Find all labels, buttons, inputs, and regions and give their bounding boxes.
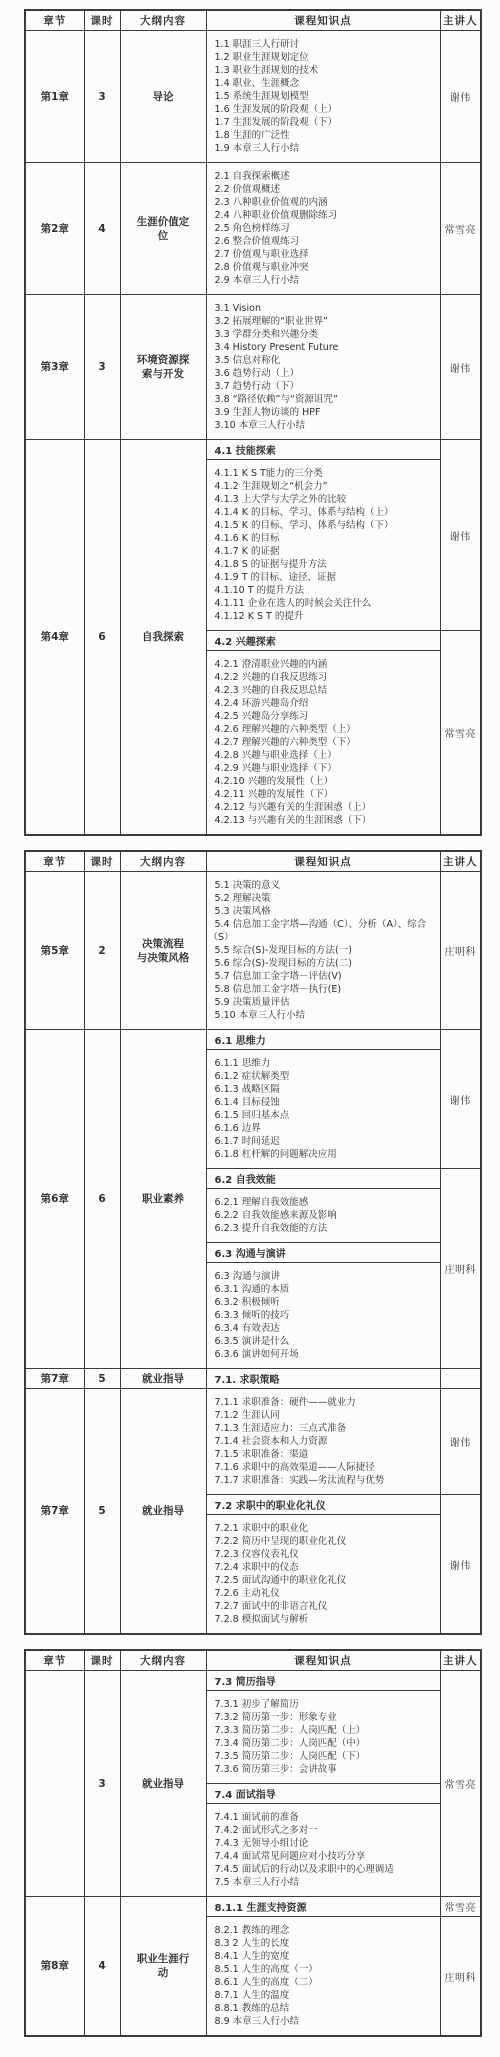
hours-cell: 4	[84, 163, 120, 295]
hours-cell: 6	[84, 1030, 120, 1369]
knowledge-point-item: 4.1.6 K 的目标	[209, 532, 437, 545]
knowledge-point-item: 7.2.4 求职中的仪态	[209, 1561, 437, 1574]
knowledge-point-item: 5.7 信息加工金字塔－评估(V)	[209, 970, 437, 983]
section-header-cell: 7.3 简历指导	[206, 1671, 440, 1691]
lecturer-cell	[440, 1369, 481, 1389]
knowledge-point-item: 7.2.2 简历中呈现的职业化礼仪	[209, 1535, 437, 1548]
chapter-cell: 第1章	[25, 31, 84, 163]
knowledge-point-item: 7.4.2 面试形式之多对一	[209, 1824, 437, 1837]
outline-cell: 就业指导	[120, 1389, 206, 1635]
knowledge-point-item: 2.3 八种职业价值观的内涵	[209, 196, 437, 209]
knowledge-point-item: 2.4 八种职业价值观删除练习	[209, 209, 437, 222]
knowledge-point-item: 5.5 综合(S)-发现目标的方法(一)	[209, 944, 437, 957]
outline-cell: 导论	[120, 31, 206, 163]
knowledge-point-item: 7.1.6 求职中的高效渠道——人际捷径	[209, 1461, 437, 1474]
outline-cell: 决策流程 与决策风格	[120, 872, 206, 1030]
column-header-row: 章节课时大纲内容课程知识点主讲人	[25, 10, 481, 31]
course-table-2: 章节课时大纲内容课程知识点主讲人第5章2决策流程 与决策风格5.1 决策的意义5…	[24, 850, 482, 1635]
lecturer-cell: 常雪亮	[440, 631, 481, 836]
knowledge-point-item: 7.2.3 仪容仪表礼仪	[209, 1548, 437, 1561]
chapter-cell: 第3章	[25, 295, 84, 440]
knowledge-points-cell: 7.2.1 求职中的职业化7.2.2 简历中呈现的职业化礼仪7.2.3 仪容仪表…	[206, 1515, 440, 1635]
knowledge-points-cell: 3.1 Vision3.2 拓展理解的“职业世界”3.3 学群分类和兴趣分类3.…	[206, 295, 440, 440]
chapter-cell: 第5章	[25, 872, 84, 1030]
knowledge-point-item: 4.1.1 K S T能力的三分类	[209, 467, 437, 480]
lecturer-cell: 庄明科	[440, 872, 481, 1030]
knowledge-point-item: 6.1.2 症状解类型	[209, 1070, 437, 1083]
lecturer-cell: 常雪亮	[440, 1897, 481, 1917]
knowledge-point-item: 1.2 职业生涯规划定位	[209, 51, 437, 64]
knowledge-point-item: 6.3 沟通与演讲	[209, 1270, 437, 1283]
lecturer-cell: 谢伟	[440, 1389, 481, 1495]
hours-cell: 3	[84, 1671, 120, 1897]
column-header: 课时	[84, 1650, 120, 1671]
chapter-cell	[25, 1671, 84, 1897]
column-header: 章节	[25, 851, 84, 872]
column-header-row: 章节课时大纲内容课程知识点主讲人	[25, 1650, 481, 1671]
knowledge-point-item: 4.1.11 企业在选人的时候会关注什么	[209, 597, 437, 610]
knowledge-point-item: 6.1.5 回归基本点	[209, 1109, 437, 1122]
knowledge-point-item: 1.9 本章三人行小结	[209, 142, 437, 155]
knowledge-point-item: 5.6 综合(S)-发现目标的方法(二)	[209, 957, 437, 970]
section-header-cell: 6.1 思维力	[206, 1030, 440, 1050]
knowledge-point-item: 5.8 信息加工金字塔－执行(E)	[209, 983, 437, 996]
knowledge-point-item: 7.3.6 简历第三步：会讲故事	[209, 1763, 437, 1776]
outline-cell: 职业素养	[120, 1030, 206, 1369]
knowledge-point-item: 6.3.3 倾听的技巧	[209, 1309, 437, 1322]
hours-cell: 3	[84, 295, 120, 440]
column-header: 大纲内容	[120, 10, 206, 31]
knowledge-point-item: 4.2.12 与兴趣有关的生涯困惑（上）	[209, 801, 437, 814]
hours-cell: 6	[84, 440, 120, 836]
knowledge-point-item: 4.1.8 S 的证据与提升方法	[209, 558, 437, 571]
knowledge-point-item: 6.3.1 沟通的本质	[209, 1283, 437, 1296]
lecturer-cell: 庄明科	[440, 1169, 481, 1369]
knowledge-point-item: 3.4 History Present Future	[209, 341, 437, 354]
knowledge-point-item: 8.6.1 人生的高度（二）	[209, 1976, 437, 1989]
knowledge-point-item: 4.2.7 理解兴趣的六种类型（下）	[209, 736, 437, 749]
knowledge-point-item: 5.9 决策质量评估	[209, 996, 437, 1009]
section-header-cell: 4.2 兴趣探索	[206, 631, 440, 651]
knowledge-point-item: 4.2.11 兴趣的发展性（下）	[209, 788, 437, 801]
table-row: 第1章3导论1.1 职涯三人行研讨1.2 职业生涯规划定位1.3 职业生涯规划的…	[25, 31, 481, 163]
table-row: 3就业指导7.3 简历指导常雪亮	[25, 1671, 481, 1691]
knowledge-point-item: 5.4 信息加工金字塔—沟通（C）、分析（A）、综合（S）	[209, 918, 437, 944]
column-header: 章节	[25, 1650, 84, 1671]
knowledge-point-item: 1.1 职涯三人行研讨	[209, 38, 437, 51]
chapter-cell: 第6章	[25, 1030, 84, 1369]
knowledge-points-cell: 2.1 自我探索概述2.2 价值观概述2.3 八种职业价值观的内涵2.4 八种职…	[206, 163, 440, 295]
chapter-cell: 第7章	[25, 1389, 84, 1635]
knowledge-point-item: 8.5.1 人生的高度（一）	[209, 1963, 437, 1976]
chapter-cell: 第7章	[25, 1369, 84, 1389]
knowledge-point-item: 3.6 趋势行动（上）	[209, 367, 437, 380]
knowledge-point-item: 4.1.12 K S T 的提升	[209, 610, 437, 623]
section-header-cell: 7.1. 求职策略	[206, 1369, 440, 1389]
knowledge-point-item: 1.7 生涯发展的阶段观（下）	[209, 116, 437, 129]
knowledge-point-item: 7.3.3 简历第二步：人岗匹配（上）	[209, 1724, 437, 1737]
knowledge-point-item: 2.8 价值观与职业冲突	[209, 261, 437, 274]
lecturer-cell: 谢伟	[440, 31, 481, 163]
knowledge-point-item: 6.2.1 理解自我效能感	[209, 1196, 437, 1209]
section-header-cell: 6.3 沟通与演讲	[206, 1243, 440, 1263]
knowledge-point-item: 8.4.1 人生的宽度	[209, 1950, 437, 1963]
knowledge-point-item: 2.6 整合价值观练习	[209, 235, 437, 248]
knowledge-point-item: 7.1.5 求职准备：渠道	[209, 1448, 437, 1461]
column-header: 大纲内容	[120, 851, 206, 872]
knowledge-point-item: 6.1.1 思维力	[209, 1057, 437, 1070]
knowledge-points-cell: 7.1.1 求职准备：硬件——就业力7.1.2 生涯认同7.1.3 生涯适应力：…	[206, 1389, 440, 1495]
hours-cell: 2	[84, 872, 120, 1030]
knowledge-point-item: 8.9 本章三人行小结	[209, 2015, 437, 2028]
hours-cell: 5	[84, 1369, 120, 1389]
knowledge-points-cell: 5.1 决策的意义5.2 理解决策5.3 决策风格5.4 信息加工金字塔—沟通（…	[206, 872, 440, 1030]
knowledge-point-item: 2.9 本章三人行小结	[209, 274, 437, 287]
knowledge-points-cell: 6.1.1 思维力6.1.2 症状解类型6.1.3 战略区隔6.1.4 目标侵蚀…	[206, 1050, 440, 1169]
knowledge-point-item: 7.4.4 面试常见问题应对小技巧分享	[209, 1850, 437, 1863]
table-row: 第8章4职业生涯行 动8.1.1 生涯支持资源常雪亮	[25, 1897, 481, 1917]
knowledge-point-item: 7.1.4 社会资本和人力资源	[209, 1435, 437, 1448]
table-row: 第5章2决策流程 与决策风格5.1 决策的意义5.2 理解决策5.3 决策风格5…	[25, 872, 481, 1030]
knowledge-point-item: 7.1.7 求职准备：实践—劣汰流程与优势	[209, 1474, 437, 1487]
knowledge-point-item: 6.3.2 积极倾听	[209, 1296, 437, 1309]
knowledge-point-item: 8.2.1 教练的理念	[209, 1924, 437, 1937]
knowledge-point-item: 7.4.5 面试后的行动以及求职中的心理调适	[209, 1863, 437, 1876]
outline-cell: 就业指导	[120, 1369, 206, 1389]
knowledge-point-item: 4.2.8 兴趣与职业选择（上）	[209, 749, 437, 762]
knowledge-point-item: 3.8 “路径依赖”与“资源诅咒”	[209, 393, 437, 406]
knowledge-point-item: 4.1.4 K 的目标、学习、体系与结构（上）	[209, 506, 437, 519]
knowledge-point-item: 6.3.6 演讲如何开场	[209, 1348, 437, 1361]
knowledge-point-item: 8.8.1 教练的总结	[209, 2002, 437, 2015]
knowledge-point-item: 7.3.5 简历第二步：人岗匹配（下）	[209, 1750, 437, 1763]
knowledge-point-item: 4.2.3 兴趣的自我反思总结	[209, 684, 437, 697]
lecturer-cell: 谢伟	[440, 295, 481, 440]
lecturer-cell: 常雪亮	[440, 1671, 481, 1897]
lecturer-cell: 谢伟	[440, 1495, 481, 1635]
column-header: 课程知识点	[206, 1650, 440, 1671]
knowledge-point-item: 7.4.3 无领导小组讨论	[209, 1837, 437, 1850]
outline-cell: 生涯价值定 位	[120, 163, 206, 295]
knowledge-point-item: 7.1.3 生涯适应力：三点式准备	[209, 1422, 437, 1435]
column-header: 课程知识点	[206, 851, 440, 872]
chapter-cell: 第4章	[25, 440, 84, 836]
column-header: 大纲内容	[120, 1650, 206, 1671]
knowledge-point-item: 4.2.5 兴趣岛分享练习	[209, 710, 437, 723]
table-row: 第2章4生涯价值定 位2.1 自我探索概述2.2 价值观概述2.3 八种职业价值…	[25, 163, 481, 295]
section-header-cell: 6.2 自我效能	[206, 1169, 440, 1189]
knowledge-point-item: 6.3.5 演讲是什么	[209, 1335, 437, 1348]
section-header-cell: 8.1.1 生涯支持资源	[206, 1897, 440, 1917]
knowledge-point-item: 1.5 系统生涯规划模型	[209, 90, 437, 103]
knowledge-point-item: 6.1.7 时间延迟	[209, 1135, 437, 1148]
column-header-row: 章节课时大纲内容课程知识点主讲人	[25, 851, 481, 872]
table-row: 第7章5就业指导7.1.1 求职准备：硬件——就业力7.1.2 生涯认同7.1.…	[25, 1389, 481, 1495]
knowledge-point-item: 3.7 趋势行动（下）	[209, 380, 437, 393]
syllabus-document: 章节课时大纲内容课程知识点主讲人第1章3导论1.1 职涯三人行研讨1.2 职业生…	[0, 0, 500, 2057]
knowledge-point-item: 6.1.8 杠杆解的问题解决应用	[209, 1148, 437, 1161]
knowledge-point-item: 5.2 理解决策	[209, 892, 437, 905]
column-header: 主讲人	[440, 10, 481, 31]
knowledge-point-item: 4.2.1 澄清职业兴趣的内涵	[209, 658, 437, 671]
knowledge-point-item: 7.2.5 面试沟通中的职业化礼仪	[209, 1574, 437, 1587]
knowledge-points-cell: 8.2.1 教练的理念8.3 2 人生的长度8.4.1 人生的宽度8.5.1 人…	[206, 1917, 440, 2037]
course-table-1: 章节课时大纲内容课程知识点主讲人第1章3导论1.1 职涯三人行研讨1.2 职业生…	[24, 9, 482, 836]
knowledge-point-item: 5.3 决策风格	[209, 905, 437, 918]
knowledge-point-item: 8.3 2 人生的长度	[209, 1937, 437, 1950]
knowledge-point-item: 8.7.1 人生的温度	[209, 1989, 437, 2002]
outline-cell: 自我探索	[120, 440, 206, 836]
course-table-3: 章节课时大纲内容课程知识点主讲人3就业指导7.3 简历指导常雪亮7.3.1 初步…	[24, 1649, 482, 2037]
outline-cell: 职业生涯行 动	[120, 1897, 206, 2037]
knowledge-point-item: 6.1.3 战略区隔	[209, 1083, 437, 1096]
knowledge-point-item: 3.5 信息对称化	[209, 354, 437, 367]
knowledge-point-item: 7.2.1 求职中的职业化	[209, 1522, 437, 1535]
column-header: 章节	[25, 10, 84, 31]
chapter-cell: 第8章	[25, 1897, 84, 2037]
knowledge-point-item: 4.1.7 K 的证据	[209, 545, 437, 558]
knowledge-point-item: 1.8 生涯的广泛性	[209, 129, 437, 142]
knowledge-point-item: 7.4.1 面试前的准备	[209, 1811, 437, 1824]
knowledge-point-item: 7.5 本章三人行小结	[209, 1876, 437, 1889]
knowledge-point-item: 2.1 自我探索概述	[209, 170, 437, 183]
knowledge-point-item: 1.3 职业生涯规划的技术	[209, 64, 437, 77]
knowledge-point-item: 4.2.4 环游兴趣岛介绍	[209, 697, 437, 710]
knowledge-points-cell: 4.2.1 澄清职业兴趣的内涵4.2.2 兴趣的自我反思练习4.2.3 兴趣的自…	[206, 651, 440, 836]
knowledge-points-cell: 6.2.1 理解自我效能感6.2.2 自我效能感来源及影响6.2.3 提升自我效…	[206, 1189, 440, 1243]
knowledge-point-item: 4.1.3 上大学与大学之外的比较	[209, 493, 437, 506]
lecturer-cell: 谢伟	[440, 1030, 481, 1169]
knowledge-point-item: 4.1.5 K 的目标、学习、体系与结构（下）	[209, 519, 437, 532]
section-header-cell: 4.1 技能探索	[206, 440, 440, 460]
knowledge-points-cell: 1.1 职涯三人行研讨1.2 职业生涯规划定位1.3 职业生涯规划的技术1.4 …	[206, 31, 440, 163]
knowledge-point-item: 6.2.2 自我效能感来源及影响	[209, 1209, 437, 1222]
lecturer-cell: 谢伟	[440, 440, 481, 631]
column-header: 主讲人	[440, 1650, 481, 1671]
knowledge-point-item: 4.2.10 兴趣的发展性（上）	[209, 775, 437, 788]
lecturer-cell: 庄明科	[440, 1917, 481, 2037]
knowledge-point-item: 3.1 Vision	[209, 302, 437, 315]
knowledge-point-item: 4.2.13 与兴趣有关的生涯困惑（下）	[209, 814, 437, 827]
knowledge-point-item: 2.7 价值观与职业选择	[209, 248, 437, 261]
knowledge-point-item: 3.10 本章三人行小结	[209, 419, 437, 432]
table-row: 第7章5就业指导7.1. 求职策略	[25, 1369, 481, 1389]
outline-cell: 环境资源探 索与开发	[120, 295, 206, 440]
knowledge-point-item: 6.1.6 边界	[209, 1122, 437, 1135]
hours-cell: 4	[84, 1897, 120, 2037]
knowledge-point-item: 4.1.2 生涯规划之“机会力”	[209, 480, 437, 493]
knowledge-point-item: 2.5 角色榜样练习	[209, 222, 437, 235]
knowledge-point-item: 6.1.4 目标侵蚀	[209, 1096, 437, 1109]
knowledge-point-item: 3.3 学群分类和兴趣分类	[209, 328, 437, 341]
knowledge-points-cell: 7.3.1 初步了解简历7.3.2 简历第一步：形象专业7.3.3 简历第二步：…	[206, 1691, 440, 1784]
knowledge-point-item: 4.2.2 兴趣的自我反思练习	[209, 671, 437, 684]
outline-cell: 就业指导	[120, 1671, 206, 1897]
table-row: 第4章6自我探索4.1 技能探索谢伟	[25, 440, 481, 460]
knowledge-point-item: 7.3.2 简历第一步：形象专业	[209, 1711, 437, 1724]
chapter-cell: 第2章	[25, 163, 84, 295]
knowledge-point-item: 2.2 价值观概述	[209, 183, 437, 196]
knowledge-point-item: 1.6 生涯发展的阶段观（上）	[209, 103, 437, 116]
knowledge-point-item: 6.3.4 有效表达	[209, 1322, 437, 1335]
knowledge-points-cell: 6.3 沟通与演讲6.3.1 沟通的本质6.3.2 积极倾听6.3.3 倾听的技…	[206, 1263, 440, 1369]
knowledge-point-item: 7.3.1 初步了解简历	[209, 1698, 437, 1711]
knowledge-point-item: 6.2.3 提升自我效能的方法	[209, 1222, 437, 1235]
knowledge-point-item: 4.2.6 理解兴趣的六种类型（上）	[209, 723, 437, 736]
hours-cell: 5	[84, 1389, 120, 1635]
column-header: 课时	[84, 10, 120, 31]
column-header: 课时	[84, 851, 120, 872]
knowledge-point-item: 7.1.2 生涯认同	[209, 1409, 437, 1422]
section-header-cell: 7.2 求职中的职业化礼仪	[206, 1495, 440, 1515]
hours-cell: 3	[84, 31, 120, 163]
section-header-cell: 7.4 面试指导	[206, 1784, 440, 1804]
table-row: 第3章3环境资源探 索与开发3.1 Vision3.2 拓展理解的“职业世界”3…	[25, 295, 481, 440]
lecturer-cell: 常雪亮	[440, 163, 481, 295]
knowledge-point-item: 7.2.6 主动礼仪	[209, 1587, 437, 1600]
knowledge-point-item: 4.1.9 T 的目标、途径、证据	[209, 571, 437, 584]
table-row: 第6章6职业素养6.1 思维力谢伟	[25, 1030, 481, 1050]
knowledge-point-item: 3.9 生涯人物访谈的 HPF	[209, 406, 437, 419]
knowledge-point-item: 4.2.9 兴趣与职业选择（下）	[209, 762, 437, 775]
knowledge-point-item: 7.2.7 面试中的非语言礼仪	[209, 1600, 437, 1613]
knowledge-point-item: 1.4 职业、生涯概念	[209, 77, 437, 90]
knowledge-point-item: 5.1 决策的意义	[209, 879, 437, 892]
knowledge-point-item: 3.2 拓展理解的“职业世界”	[209, 315, 437, 328]
knowledge-points-cell: 7.4.1 面试前的准备7.4.2 面试形式之多对一7.4.3 无领导小组讨论7…	[206, 1804, 440, 1897]
column-header: 课程知识点	[206, 10, 440, 31]
knowledge-point-item: 7.1.1 求职准备：硬件——就业力	[209, 1396, 437, 1409]
knowledge-point-item: 4.1.10 T 的提升方法	[209, 584, 437, 597]
knowledge-point-item: 5.10 本章三人行小结	[209, 1009, 437, 1022]
knowledge-points-cell: 4.1.1 K S T能力的三分类4.1.2 生涯规划之“机会力”4.1.3 上…	[206, 460, 440, 631]
knowledge-point-item: 7.3.4 简历第二步：人岗匹配（中）	[209, 1737, 437, 1750]
column-header: 主讲人	[440, 851, 481, 872]
knowledge-point-item: 7.2.8 模拟面试与解析	[209, 1613, 437, 1626]
